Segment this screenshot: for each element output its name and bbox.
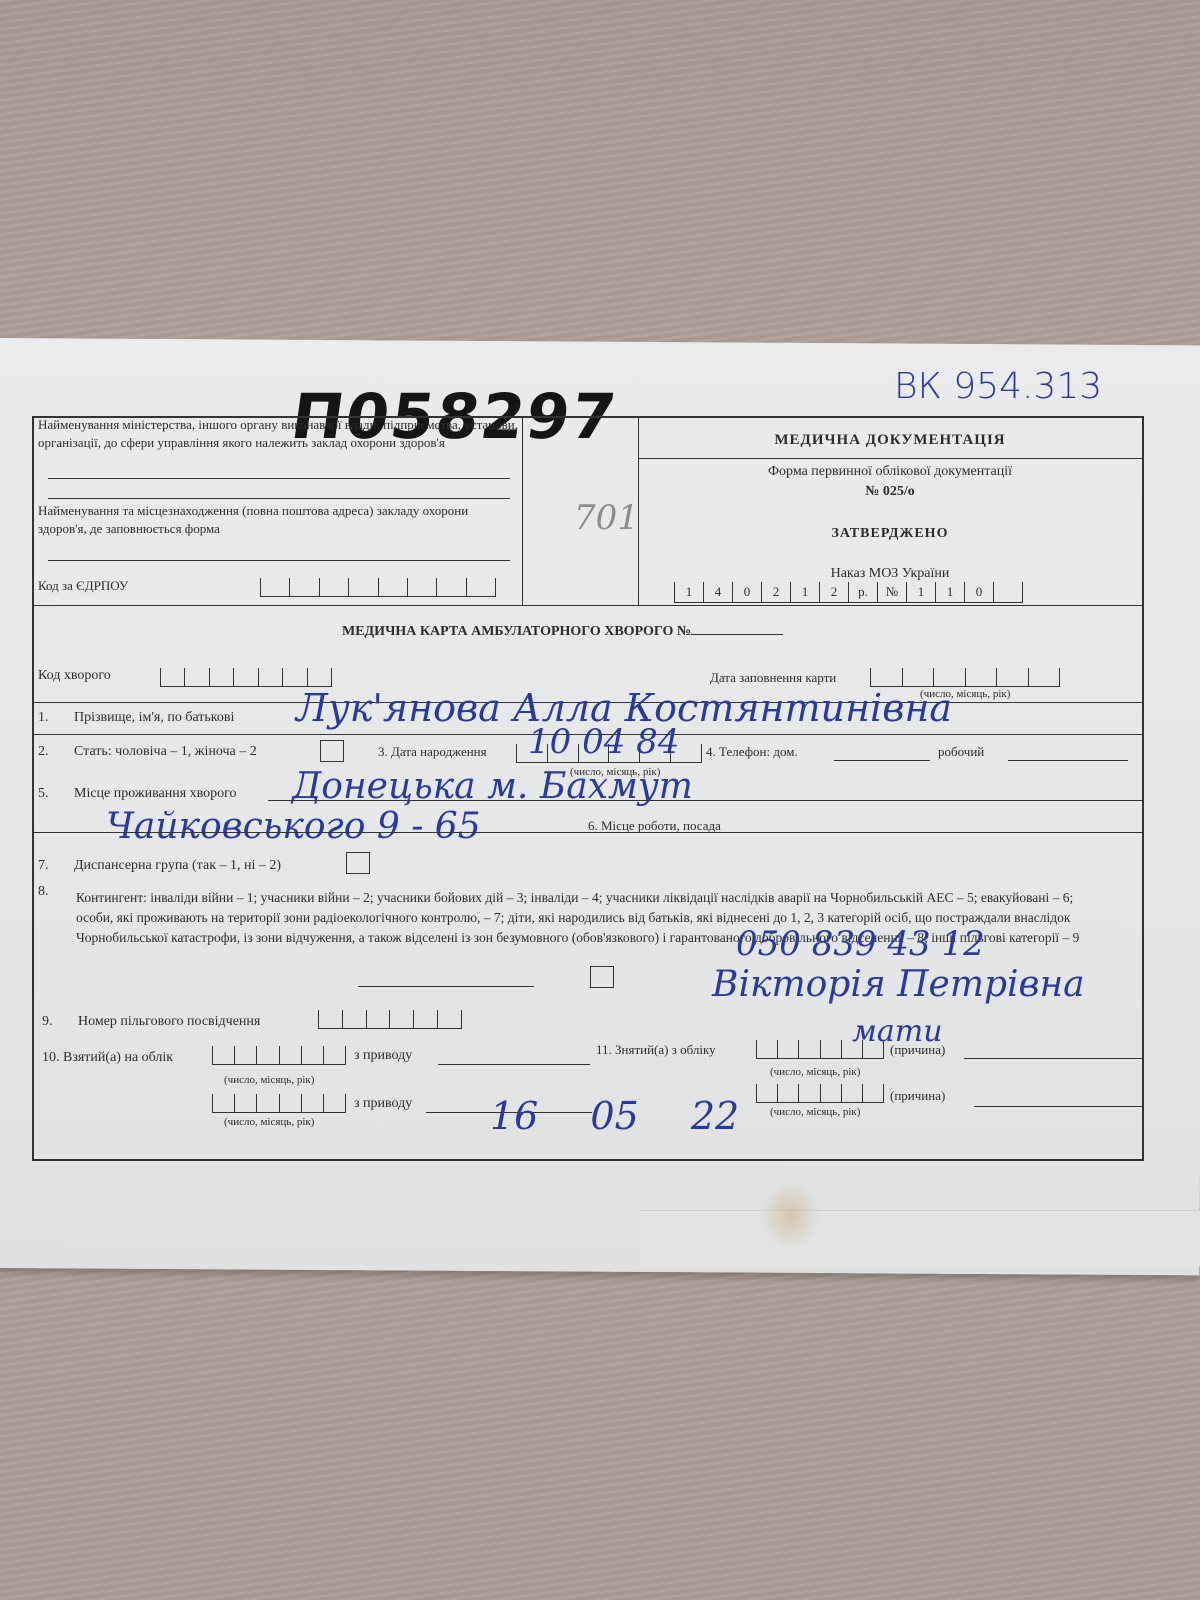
card-number-field[interactable] <box>691 634 783 635</box>
approved-label: ЗАТВЕРДЖЕНО <box>638 526 1142 542</box>
order-digit: р. <box>848 582 877 602</box>
cause-field-1[interactable] <box>964 1058 1142 1059</box>
order-digit: 2 <box>819 582 848 602</box>
benefit-cert-boxes[interactable] <box>318 1010 462 1029</box>
cause-label-2: (причина) <box>890 1088 945 1104</box>
registered-date-boxes-2[interactable] <box>212 1094 346 1113</box>
field-4-label: 4. Телефон: дом. <box>706 744 798 760</box>
paper-stain <box>760 1180 820 1250</box>
field-7-number: 7. <box>38 858 49 874</box>
deregistered-date-boxes-2[interactable] <box>756 1084 884 1103</box>
order-digit: 0 <box>964 582 993 602</box>
registered-date-boxes-1[interactable] <box>212 1046 346 1065</box>
form-caption: Форма первинної облікової документації <box>638 464 1142 480</box>
contact-phone: 050 839 43 12 <box>736 924 985 964</box>
handwritten-top-code: ВК 954.313 <box>894 366 1102 407</box>
dispensary-checkbox[interactable] <box>346 852 370 874</box>
home-phone-field[interactable] <box>834 760 930 761</box>
field-3-label: 3. Дата народження <box>378 744 487 760</box>
fill-date-label: Дата заповнення карти <box>710 670 836 686</box>
field-9-label: Номер пільгового посвідчення <box>78 1014 260 1030</box>
reason-label-1: з приводу <box>354 1048 412 1064</box>
order-digit: 1 <box>935 582 964 602</box>
field-1-number: 1. <box>38 710 49 726</box>
field-1-label: Прізвище, ім'я, по батькові <box>74 710 234 726</box>
cause-field-2[interactable] <box>974 1106 1142 1107</box>
medical-documentation-title: МЕДИЧНА ДОКУМЕНТАЦІЯ <box>638 432 1142 449</box>
order-digit: № <box>877 582 906 602</box>
reason-label-2: з приводу <box>354 1096 412 1112</box>
order-digit: 0 <box>732 582 761 602</box>
edrpou-label: Код за ЄДРПОУ <box>38 578 128 594</box>
patient-code-boxes[interactable] <box>160 668 332 687</box>
field-11-label: 11. Знятий(а) з обліку <box>596 1042 716 1058</box>
pencil-mark: 701 <box>574 498 639 538</box>
fill-date-boxes[interactable] <box>870 668 1060 687</box>
form-frame: Найменування міністерства, іншого органу… <box>32 416 1144 1161</box>
contingent-checkbox[interactable] <box>590 966 614 988</box>
field-2-number: 2. <box>38 744 49 760</box>
sex-checkbox[interactable] <box>320 740 344 762</box>
order-digit <box>993 582 1023 602</box>
field-2-label: Стать: чоловіча – 1, жіноча – 2 <box>74 744 257 760</box>
work-phone-field[interactable] <box>1008 760 1128 761</box>
order-label: Наказ МОЗ України <box>638 566 1142 582</box>
field-8-number: 8. <box>38 884 49 900</box>
bottom-date: 16 05 22 <box>490 1094 739 1138</box>
order-digit: 1 <box>790 582 819 602</box>
deregistered-date-hint-1: (число, місяць, рік) <box>770 1066 860 1078</box>
ministry-label: Найменування міністерства, іншого органу… <box>38 416 518 452</box>
deregistered-date-hint-2: (число, місяць, рік) <box>770 1106 860 1118</box>
work-phone-label: робочий <box>938 744 984 760</box>
patient-code-label: Код хворого <box>38 668 111 684</box>
contact-name: Вікторія Петрівна <box>712 964 1085 1005</box>
card-title: МЕДИЧНА КАРТА АМБУЛАТОРНОГО ХВОРОГО № <box>342 624 783 640</box>
contact-relation: мати <box>852 1014 943 1049</box>
reason-field-1[interactable] <box>438 1064 590 1065</box>
registered-date-hint-1: (число, місяць, рік) <box>224 1074 314 1086</box>
order-digit: 2 <box>761 582 790 602</box>
field-9-number: 9. <box>42 1014 53 1030</box>
field-7-label: Диспансерна група (так – 1, ні – 2) <box>74 858 281 874</box>
card-title-text: МЕДИЧНА КАРТА АМБУЛАТОРНОГО ХВОРОГО № <box>342 624 691 639</box>
field-5-number: 5. <box>38 786 49 802</box>
order-digits: 140212р.№110 <box>674 582 1023 603</box>
order-digit: 4 <box>703 582 732 602</box>
order-digit: 1 <box>906 582 935 602</box>
paper-stack-edge <box>640 1210 1200 1266</box>
order-digit: 1 <box>674 582 703 602</box>
edrpou-boxes[interactable] <box>260 578 496 597</box>
contingent-field[interactable] <box>358 986 534 987</box>
field-10-label: 10. Взятий(а) на облік <box>42 1050 173 1066</box>
registered-date-hint-2: (число, місяць, рік) <box>224 1116 314 1128</box>
residence-line-2: Чайковського 9 - 65 <box>106 806 481 847</box>
form-number: № 025/о <box>638 484 1142 500</box>
birth-date-value: 10 04 84 <box>528 722 679 762</box>
field-5-label: Місце проживання хворого <box>74 786 237 802</box>
facility-label: Найменування та місцезнаходження (повна … <box>38 502 498 538</box>
